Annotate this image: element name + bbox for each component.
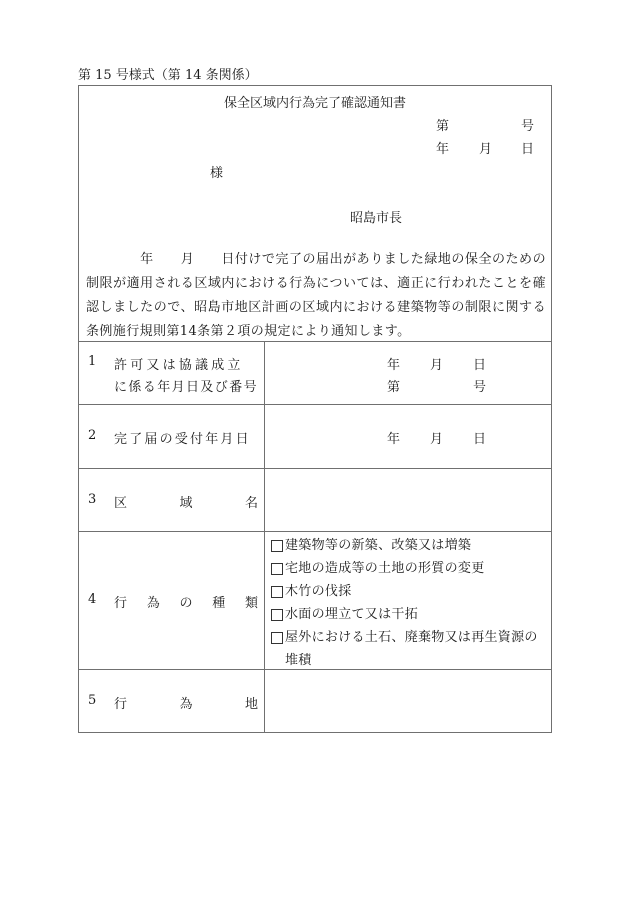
row-1-value-num-prefix: 第 bbox=[387, 376, 400, 395]
option-land-alteration[interactable]: 宅地の造成等の土地の形質の変更 bbox=[271, 557, 551, 580]
row-5-label-text: 行 為 地 bbox=[114, 693, 258, 712]
row-1-label-line2: に係る年月日及び番号 bbox=[114, 376, 258, 395]
divider-row-1 bbox=[79, 404, 551, 405]
row-2-value-year: 年 bbox=[387, 428, 400, 447]
option-new-construction[interactable]: 建築物等の新築、改築又は増築 bbox=[271, 534, 551, 557]
row-1-value-year: 年 bbox=[387, 354, 400, 373]
option-tree-felling[interactable]: 木竹の伐採 bbox=[271, 580, 551, 603]
row-2-number: 2 bbox=[88, 428, 96, 443]
option-reclamation[interactable]: 水面の埋立て又は干拓 bbox=[271, 603, 551, 626]
divider-row-3 bbox=[79, 531, 551, 532]
date-day-label: 日 bbox=[521, 138, 534, 157]
row-1-label-line1: 許可又は協議成立 bbox=[114, 354, 244, 373]
row-2-value-day: 日 bbox=[473, 428, 486, 447]
checkbox-icon[interactable] bbox=[271, 609, 283, 621]
row-1-value-num-suffix: 号 bbox=[473, 376, 486, 395]
row-2-value-month: 月 bbox=[430, 428, 443, 447]
document-title: 保全区域内行為完了確認通知書 bbox=[79, 92, 551, 111]
issuer-name: 昭島市長 bbox=[350, 207, 402, 226]
number-suffix: 号 bbox=[521, 115, 534, 134]
date-month-label: 月 bbox=[479, 138, 492, 157]
form-caption: 第 15 号様式（第 14 条関係） bbox=[78, 64, 258, 83]
notice-form: 保全区域内行為完了確認通知書 第 号 年 月 日 様 昭島市長 年 月 日付けで… bbox=[78, 85, 552, 733]
option-outdoor-stockpile[interactable]: 屋外における土石、廃棄物又は再生資源の堆積 bbox=[271, 626, 551, 672]
number-prefix: 第 bbox=[436, 115, 449, 134]
row-5-number: 5 bbox=[88, 693, 96, 708]
addressee-suffix: 様 bbox=[210, 162, 223, 181]
divider-header bbox=[79, 341, 551, 342]
row-1-number: 1 bbox=[88, 354, 96, 369]
checkbox-icon[interactable] bbox=[271, 632, 283, 644]
row-5-value-field[interactable] bbox=[265, 670, 551, 732]
row-3-number: 3 bbox=[88, 492, 96, 507]
date-year-label: 年 bbox=[436, 138, 449, 157]
checkbox-icon[interactable] bbox=[271, 540, 283, 552]
checkbox-icon[interactable] bbox=[271, 563, 283, 575]
checkbox-icon[interactable] bbox=[271, 586, 283, 598]
activity-type-checklist: 建築物等の新築、改築又は増築 宅地の造成等の土地の形質の変更 木竹の伐採 水面の… bbox=[271, 534, 551, 672]
row-1-value-month: 月 bbox=[430, 354, 443, 373]
row-4-number: 4 bbox=[88, 592, 96, 607]
row-2-label-text: 完了届の受付年月日 bbox=[114, 428, 251, 447]
row-4-label-text: 行 為 の 種 類 bbox=[114, 592, 258, 611]
row-1-value-day: 日 bbox=[473, 354, 486, 373]
row-3-value-field[interactable] bbox=[265, 469, 551, 531]
notice-body-text: 年 月 日付けで完了の届出がありました緑地の保全のための制限が適用される区域内に… bbox=[86, 248, 546, 344]
row-3-label-text: 区 域 名 bbox=[114, 492, 258, 511]
